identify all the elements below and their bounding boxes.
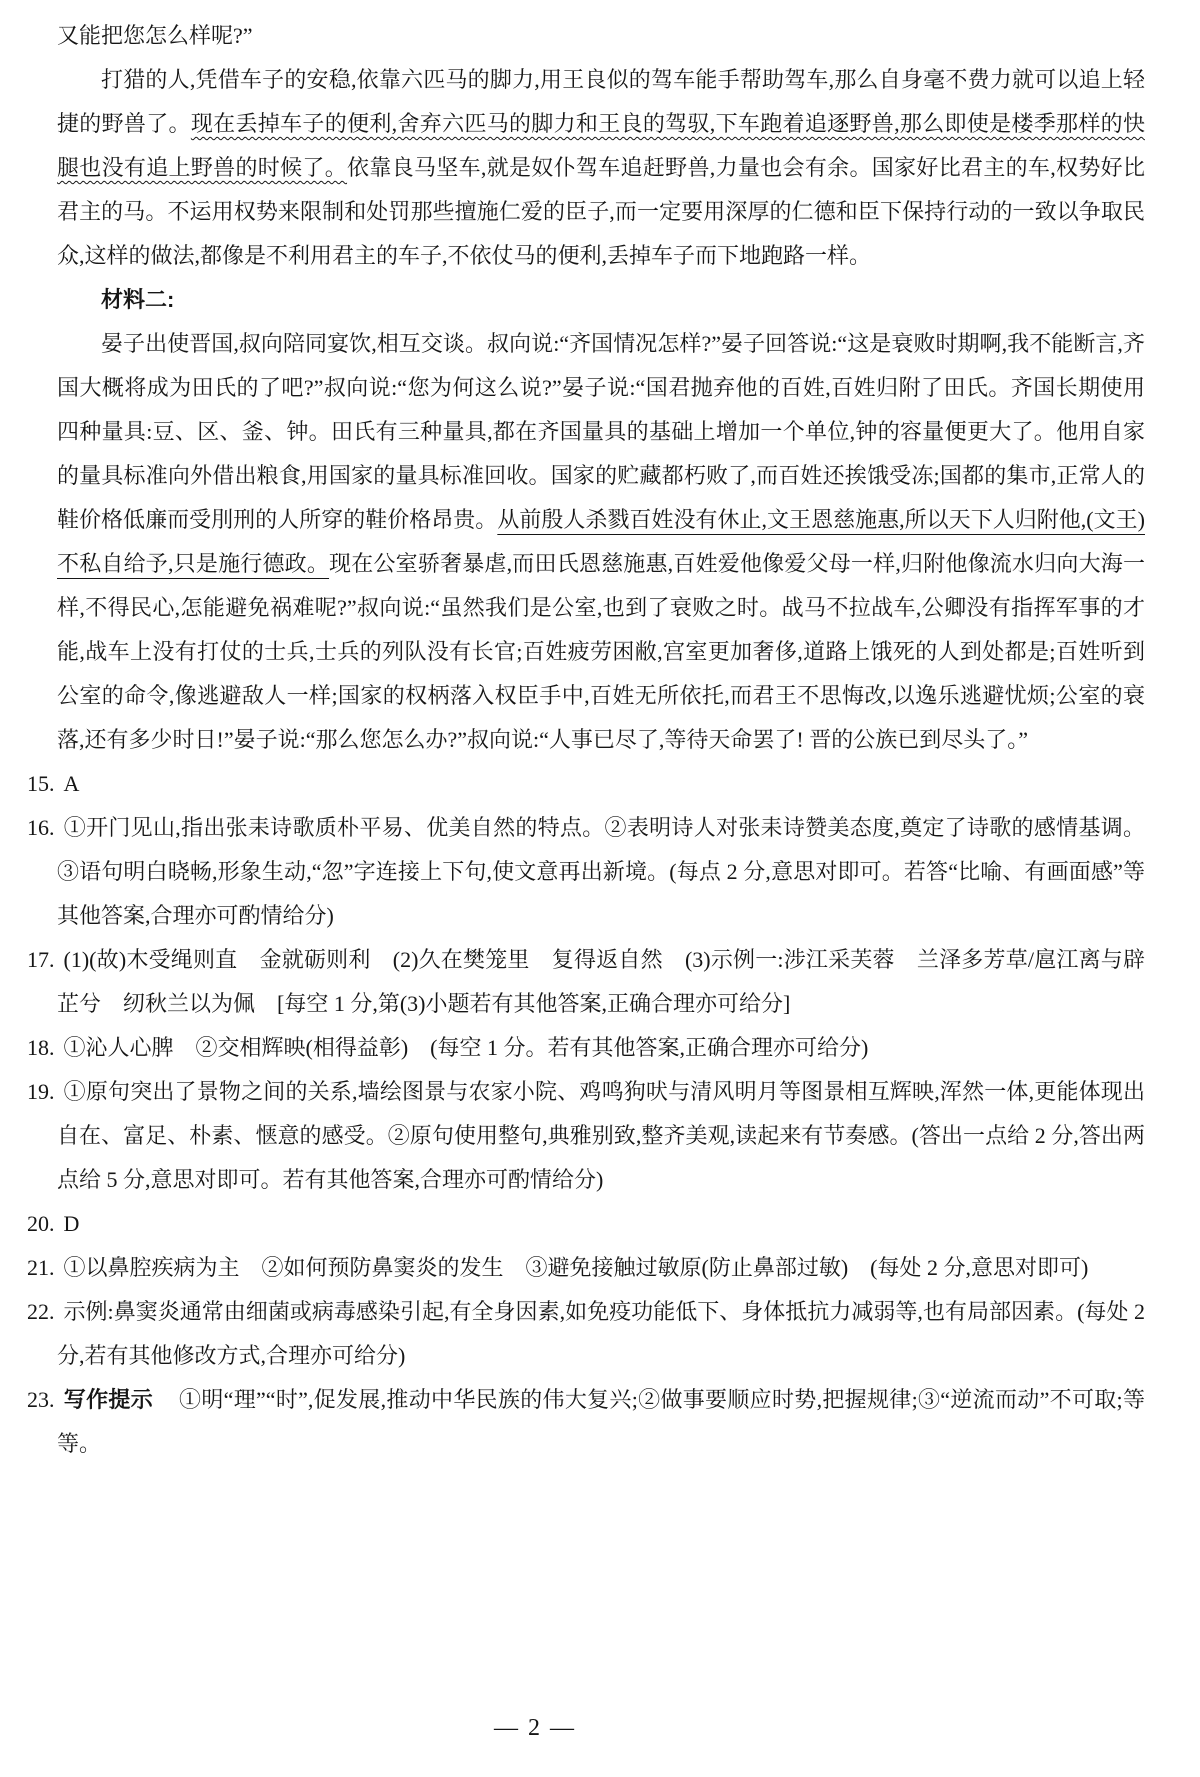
answer-list: 15.A 16.①开门见山,指出张耒诗歌质朴平易、优美自然的特点。②表明诗人对张… [57,762,1145,1466]
page-number: — 2 — [494,1715,576,1741]
answer-text: ①原句突出了景物之间的关系,墙绘图景与农家小院、鸡鸣狗吠与清风明月等图景相互辉映… [57,1079,1145,1192]
answer-text: 示例:鼻窦炎通常由细菌或病毒感染引起,有全身因素,如免疫功能低下、身体抵抗力减弱… [57,1299,1145,1368]
answer-text: ①明“理”“时”,促发展,推动中华民族的伟大复兴;②做事要顺应时势,把握规律;③… [57,1387,1145,1456]
answer-item-21: 21.①以鼻腔疾病为主 ②如何预防鼻窦炎的发生 ③避免接触过敏原(防止鼻部过敏)… [27,1246,1145,1290]
page-footer: — 2 — [0,1706,1200,1750]
answer-item-16: 16.①开门见山,指出张耒诗歌质朴平易、优美自然的特点。②表明诗人对张耒诗赞美态… [27,806,1145,938]
answer-item-15: 15.A [27,762,1145,806]
passage-continuation-line: 又能把您怎么样呢?” [57,14,1145,58]
answer-number: 23. [27,1387,55,1412]
answer-number: 19. [27,1079,55,1104]
passage-paragraph-1: 打猎的人,凭借车子的安稳,依靠六匹马的脚力,用王良似的驾车能手帮助驾车,那么自身… [57,58,1145,278]
answer-text: ①开门见山,指出张耒诗歌质朴平易、优美自然的特点。②表明诗人对张耒诗赞美态度,奠… [57,815,1145,928]
answer-item-18: 18.①沁人心脾 ②交相辉映(相得益彰) (每空 1 分。若有其他答案,正确合理… [27,1026,1145,1070]
translation-passage: 又能把您怎么样呢?” 打猎的人,凭借车子的安稳,依靠六匹马的脚力,用王良似的驾车… [57,14,1145,762]
answer-text: ①以鼻腔疾病为主 ②如何预防鼻窦炎的发生 ③避免接触过敏原(防止鼻部过敏) (每… [64,1255,1089,1280]
answer-item-17: 17.(1)(故)木受绳则直 金就砺则利 (2)久在樊笼里 复得返自然 (3)示… [27,938,1145,1026]
passage-text: 晏子出使晋国,叔向陪同宴饮,相互交谈。叔向说:“齐国情况怎样?”晏子回答说:“这… [57,331,1145,532]
answer-number: 15. [27,771,55,796]
material-2-heading: 材料二: [57,278,1145,322]
answer-item-19: 19.①原句突出了景物之间的关系,墙绘图景与农家小院、鸡鸣狗吠与清风明月等图景相… [27,1070,1145,1202]
answer-item-22: 22.示例:鼻窦炎通常由细菌或病毒感染引起,有全身因素,如免疫功能低下、身体抵抗… [27,1290,1145,1378]
answer-number: 18. [27,1035,55,1060]
answer-item-20: 20.D [27,1202,1145,1246]
passage-paragraph-2: 晏子出使晋国,叔向陪同宴饮,相互交谈。叔向说:“齐国情况怎样?”晏子回答说:“这… [57,322,1145,762]
answer-key-page: 又能把您怎么样呢?” 打猎的人,凭借车子的安稳,依靠六匹马的脚力,用王良似的驾车… [0,0,1200,1777]
answer-number: 16. [27,815,55,840]
passage-text: 又能把您怎么样呢?” [57,23,253,48]
material-2-heading-text: 材料二: [101,287,174,312]
answer-number: 17. [27,947,55,972]
answer-number: 20. [27,1211,55,1236]
answer-text: D [64,1211,80,1236]
answer-text: A [64,771,80,796]
answer-text: (1)(故)木受绳则直 金就砺则利 (2)久在樊笼里 复得返自然 (3)示例一:… [57,947,1145,1016]
answer-text: ①沁人心脾 ②交相辉映(相得益彰) (每空 1 分。若有其他答案,正确合理亦可给… [64,1035,869,1060]
answer-item-23: 23.写作提示①明“理”“时”,促发展,推动中华民族的伟大复兴;②做事要顺应时势… [27,1378,1145,1466]
writing-hint-label: 写作提示 [64,1387,154,1412]
passage-text: 现在公室骄奢暴虐,而田氏恩慈施惠,百姓爱他像爱父母一样,归附他像流水归向大海一样… [57,551,1145,752]
answer-number: 21. [27,1255,55,1280]
answer-number: 22. [27,1299,55,1324]
